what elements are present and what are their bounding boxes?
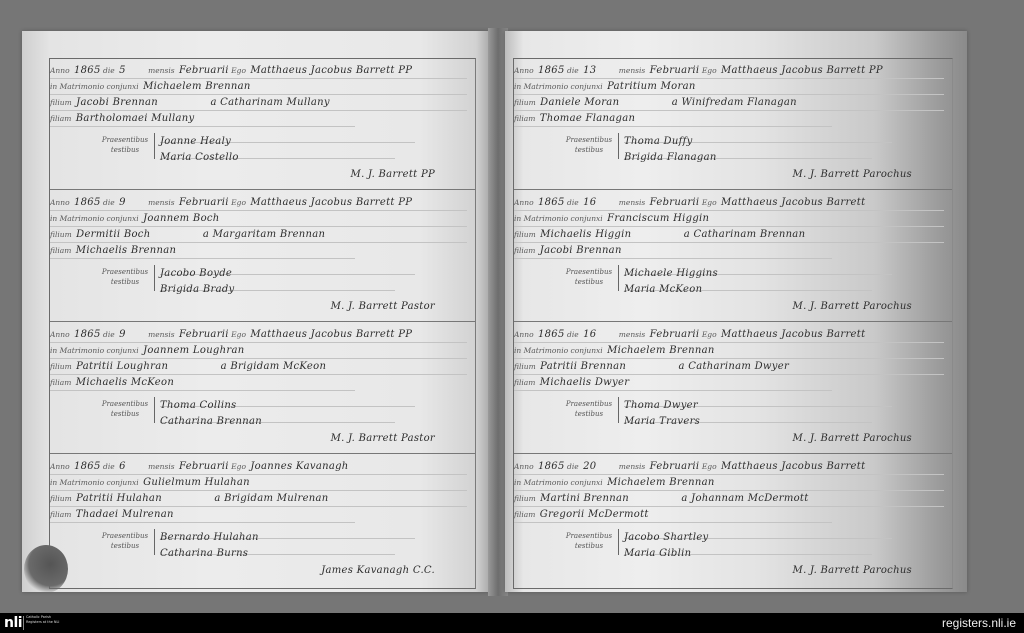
- witness-name: Maria Travers: [624, 416, 700, 427]
- label-ego: Ego: [702, 198, 717, 207]
- witness-name: Brigida Brady: [160, 284, 235, 295]
- label-die: die: [103, 66, 115, 75]
- signature-text: M. J. Barrett Parochus: [793, 301, 912, 312]
- label-filium: filium: [50, 98, 72, 107]
- entry-filium-line: filium Patritii Hulahan a Brigidam Mulre…: [50, 493, 467, 507]
- signature-text: M. J. Barrett Parochus: [793, 433, 912, 444]
- entry-groom: Patritium Moran: [607, 81, 696, 92]
- label-anno: Anno: [514, 198, 534, 207]
- witness-line: Jacobo Boyde: [160, 261, 415, 275]
- label-testibus: testibus: [90, 409, 160, 419]
- entry-bride-father: Jacobi Brennan: [540, 245, 622, 256]
- label-ego: Ego: [702, 462, 717, 471]
- label-ego: Ego: [231, 66, 246, 75]
- witness-label: Praesentibus testibus: [554, 267, 624, 287]
- entry-couple-line: in Matrimonio conjunxi Michaelem Brennan: [514, 345, 944, 359]
- witness-brace: [618, 397, 622, 423]
- register-page-right: Anno 1865 die 13 mensis Februarii Ego Ma…: [505, 31, 967, 592]
- thumb-shadow: [24, 545, 68, 593]
- entry-day: 16: [583, 197, 596, 208]
- label-mensis: mensis: [619, 198, 645, 207]
- entry-signature: M. J. Barrett Pastor: [331, 426, 435, 445]
- entry-groom: Franciscum Higgin: [607, 213, 709, 224]
- witness-line: Maria McKeon: [624, 277, 872, 291]
- entry-bride: a Catharinam Brennan: [684, 229, 806, 240]
- label-filiam: filiam: [50, 510, 71, 519]
- entry-day: 13: [583, 65, 596, 76]
- entry-header-line: Anno 1865 die 9 mensis Februarii Ego Mat…: [50, 329, 467, 343]
- witness-brace: [618, 529, 622, 555]
- entry-couple-line: in Matrimonio conjunxi Franciscum Higgin: [514, 213, 944, 227]
- page-frame: Anno 1865 die 5 mensis Februarii Ego Mat…: [49, 58, 476, 589]
- signature-text: M. J. Barrett Pastor: [331, 301, 435, 312]
- entry-priest: Matthaeus Jacobus Barrett PP: [250, 329, 412, 340]
- label-anno: Anno: [514, 462, 534, 471]
- entry-year: 1865: [74, 461, 101, 472]
- label-filiam: filiam: [50, 114, 71, 123]
- marriage-entry: Anno 1865 die 5 mensis Februarii Ego Mat…: [50, 59, 475, 190]
- entry-month: Februarii: [650, 329, 700, 340]
- label-praesentibus: Praesentibus: [554, 135, 624, 145]
- entry-groom-father: Michaelis Higgin: [540, 229, 631, 240]
- witness-name: Maria Costello: [160, 152, 239, 163]
- entry-bride-father: Gregorii McDermott: [540, 509, 649, 520]
- entry-filiam-line: filiam Michaelis Dwyer: [514, 377, 832, 391]
- label-mensis: mensis: [148, 66, 174, 75]
- nli-logo[interactable]: nli: [4, 615, 22, 631]
- entry-priest: Matthaeus Jacobus Barrett: [721, 461, 865, 472]
- label-testibus: testibus: [554, 277, 624, 287]
- entry-groom: Michaelem Brennan: [143, 81, 251, 92]
- entry-bride-father: Michaelis McKeon: [76, 377, 174, 388]
- label-praesentibus: Praesentibus: [554, 399, 624, 409]
- label-anno: Anno: [514, 330, 534, 339]
- witness-name: Catharina Brennan: [160, 416, 262, 427]
- label-anno: Anno: [50, 66, 70, 75]
- entry-year: 1865: [538, 461, 565, 472]
- witness-label: Praesentibus testibus: [554, 135, 624, 155]
- witness-name: Catharina Burns: [160, 548, 248, 559]
- label-praesentibus: Praesentibus: [90, 135, 160, 145]
- witness-line: Brigida Brady: [160, 277, 395, 291]
- entry-year: 1865: [74, 65, 101, 76]
- entry-filium-line: filium Patritii Brennan a Catharinam Dwy…: [514, 361, 944, 375]
- witness-brace: [154, 529, 158, 555]
- entry-couple-line: in Matrimonio conjunxi Michaelem Brennan: [514, 477, 944, 491]
- witness-brace: [618, 265, 622, 291]
- witness-brace: [618, 133, 622, 159]
- entry-month: Februarii: [179, 65, 229, 76]
- entry-groom-father: Patritii Loughran: [76, 361, 168, 372]
- label-filiam: filiam: [50, 378, 71, 387]
- image-viewer[interactable]: Anno 1865 die 5 mensis Februarii Ego Mat…: [0, 0, 1024, 613]
- entry-signature: M. J. Barrett Parochus: [793, 162, 912, 181]
- witness-label: Praesentibus testibus: [90, 135, 160, 155]
- entry-priest: Matthaeus Jacobus Barrett: [721, 197, 865, 208]
- label-filiam: filiam: [514, 510, 535, 519]
- signature-text: M. J. Barrett Parochus: [793, 169, 912, 180]
- entry-month: Februarii: [650, 197, 700, 208]
- label-filium: filium: [514, 230, 536, 239]
- label-die: die: [567, 330, 579, 339]
- label-die: die: [567, 462, 579, 471]
- signature-text: M. J. Barrett Pastor: [331, 433, 435, 444]
- entry-filium-line: filium Jacobi Brennan a Catharinam Mulla…: [50, 97, 467, 111]
- page-frame: Anno 1865 die 13 mensis Februarii Ego Ma…: [513, 58, 953, 589]
- label-ego: Ego: [702, 66, 717, 75]
- witness-name: Brigida Flanagan: [624, 152, 717, 163]
- label-in-matrimonio: in Matrimonio conjunxi: [50, 82, 139, 91]
- entry-filium-line: filium Daniele Moran a Winifredam Flanag…: [514, 97, 944, 111]
- label-testibus: testibus: [90, 145, 160, 155]
- label-die: die: [103, 462, 115, 471]
- marriage-entry: Anno 1865 die 16 mensis Februarii Ego Ma…: [514, 191, 952, 322]
- entry-year: 1865: [538, 329, 565, 340]
- label-die: die: [567, 66, 579, 75]
- marriage-entry: Anno 1865 die 20 mensis Februarii Ego Ma…: [514, 455, 952, 585]
- witness-brace: [154, 265, 158, 291]
- entry-filium-line: filium Dermitii Boch a Margaritam Brenna…: [50, 229, 467, 243]
- entry-day: 9: [119, 197, 126, 208]
- label-die: die: [103, 330, 115, 339]
- label-testibus: testibus: [554, 145, 624, 155]
- label-mensis: mensis: [148, 462, 174, 471]
- label-filium: filium: [50, 494, 72, 503]
- entry-priest: Matthaeus Jacobus Barrett PP: [250, 65, 412, 76]
- entry-couple-line: in Matrimonio conjunxi Patritium Moran: [514, 81, 944, 95]
- label-filium: filium: [514, 494, 536, 503]
- witness-label: Praesentibus testibus: [90, 267, 160, 287]
- entry-bride-father: Michaelis Brennan: [76, 245, 177, 256]
- entry-year: 1865: [538, 65, 565, 76]
- label-filiam: filiam: [50, 246, 71, 255]
- entry-priest: Matthaeus Jacobus Barrett PP: [250, 197, 412, 208]
- entry-groom: Michaelem Brennan: [607, 477, 715, 488]
- witness-line: Thoma Collins: [160, 393, 415, 407]
- label-ego: Ego: [231, 330, 246, 339]
- label-filiam: filiam: [514, 246, 535, 255]
- entry-header-line: Anno 1865 die 16 mensis Februarii Ego Ma…: [514, 197, 944, 211]
- witness-line: Thoma Duffy: [624, 129, 892, 143]
- entry-day: 20: [583, 461, 596, 472]
- entry-header-line: Anno 1865 die 20 mensis Februarii Ego Ma…: [514, 461, 944, 475]
- witness-line: Thoma Dwyer: [624, 393, 892, 407]
- entry-year: 1865: [74, 197, 101, 208]
- entry-bride-father: Thomae Flanagan: [540, 113, 635, 124]
- entry-groom: Gulielmum Hulahan: [143, 477, 250, 488]
- entry-groom-father: Martini Brennan: [540, 493, 629, 504]
- label-filium: filium: [514, 98, 536, 107]
- signature-text: M. J. Barrett PP: [351, 169, 435, 180]
- entry-day: 5: [119, 65, 126, 76]
- label-mensis: mensis: [148, 198, 174, 207]
- entry-priest: Matthaeus Jacobus Barrett: [721, 329, 865, 340]
- entry-header-line: Anno 1865 die 16 mensis Februarii Ego Ma…: [514, 329, 944, 343]
- label-testibus: testibus: [90, 277, 160, 287]
- entry-year: 1865: [74, 329, 101, 340]
- witness-line: Maria Travers: [624, 409, 872, 423]
- label-filium: filium: [514, 362, 536, 371]
- entry-bride: a Margaritam Brennan: [203, 229, 325, 240]
- entry-signature: M. J. Barrett Pastor: [331, 294, 435, 313]
- witness-label: Praesentibus testibus: [554, 399, 624, 419]
- label-in-matrimonio: in Matrimonio conjunxi: [514, 478, 603, 487]
- label-in-matrimonio: in Matrimonio conjunxi: [514, 346, 603, 355]
- entry-bride-father: Michaelis Dwyer: [540, 377, 630, 388]
- entry-month: Februarii: [179, 197, 229, 208]
- footer-bar: nli Catholic Parish Registers at the NLI…: [0, 613, 1024, 633]
- label-praesentibus: Praesentibus: [554, 267, 624, 277]
- entry-header-line: Anno 1865 die 9 mensis Februarii Ego Mat…: [50, 197, 467, 211]
- site-link[interactable]: registers.nli.ie: [942, 616, 1016, 630]
- entry-bride-father: Bartholomaei Mullany: [76, 113, 195, 124]
- label-praesentibus: Praesentibus: [90, 267, 160, 277]
- entry-bride: a Catharinam Dwyer: [679, 361, 790, 372]
- entry-month: Februarii: [179, 461, 229, 472]
- witness-line: Maria Costello: [160, 145, 395, 159]
- witness-line: Brigida Flanagan: [624, 145, 872, 159]
- witness-line: Michaele Higgins: [624, 261, 892, 275]
- label-testibus: testibus: [554, 409, 624, 419]
- entry-filiam-line: filiam Bartholomaei Mullany: [50, 113, 355, 127]
- entry-groom-father: Daniele Moran: [540, 97, 619, 108]
- entry-bride: a Johannam McDermott: [681, 493, 808, 504]
- witness-name: Maria McKeon: [624, 284, 702, 295]
- label-in-matrimonio: in Matrimonio conjunxi: [514, 82, 603, 91]
- entry-couple-line: in Matrimonio conjunxi Gulielmum Hulahan: [50, 477, 467, 491]
- witness-line: Joanne Healy: [160, 129, 415, 143]
- entry-filiam-line: filiam Gregorii McDermott: [514, 509, 832, 523]
- register-page-left: Anno 1865 die 5 mensis Februarii Ego Mat…: [22, 31, 490, 592]
- label-filium: filium: [50, 362, 72, 371]
- entry-bride: a Brigidam McKeon: [221, 361, 327, 372]
- logo-divider: [23, 616, 24, 630]
- label-praesentibus: Praesentibus: [90, 399, 160, 409]
- entry-filiam-line: filiam Thomae Flanagan: [514, 113, 832, 127]
- entry-day: 6: [119, 461, 126, 472]
- entry-bride: a Brigidam Mulrenan: [214, 493, 328, 504]
- label-anno: Anno: [514, 66, 534, 75]
- marriage-entry: Anno 1865 die 9 mensis Februarii Ego Mat…: [50, 191, 475, 322]
- entry-month: Februarii: [650, 65, 700, 76]
- label-filiam: filiam: [514, 378, 535, 387]
- entry-groom-father: Patritii Hulahan: [76, 493, 162, 504]
- label-in-matrimonio: in Matrimonio conjunxi: [514, 214, 603, 223]
- witness-label: Praesentibus testibus: [90, 399, 160, 419]
- label-mensis: mensis: [148, 330, 174, 339]
- entry-groom: Michaelem Brennan: [607, 345, 715, 356]
- witness-line: Maria Giblin: [624, 541, 872, 555]
- entry-filiam-line: filiam Michaelis McKeon: [50, 377, 355, 391]
- entry-priest: Joannes Kavanagh: [250, 461, 348, 472]
- label-filium: filium: [50, 230, 72, 239]
- label-die: die: [103, 198, 115, 207]
- entry-signature: M. J. Barrett Parochus: [793, 558, 912, 577]
- entry-header-line: Anno 1865 die 6 mensis Februarii Ego Joa…: [50, 461, 467, 475]
- entry-bride: a Winifredam Flanagan: [672, 97, 797, 108]
- entry-filium-line: filium Michaelis Higgin a Catharinam Bre…: [514, 229, 944, 243]
- label-testibus: testibus: [554, 541, 624, 551]
- label-anno: Anno: [50, 198, 70, 207]
- witness-brace: [154, 397, 158, 423]
- label-anno: Anno: [50, 330, 70, 339]
- label-ego: Ego: [231, 462, 246, 471]
- witness-line: Catharina Burns: [160, 541, 395, 555]
- label-ego: Ego: [231, 198, 246, 207]
- label-testibus: testibus: [90, 541, 160, 551]
- entry-signature: M. J. Barrett Parochus: [793, 294, 912, 313]
- logo-caption: Catholic Parish Registers at the NLI: [26, 615, 66, 624]
- entry-header-line: Anno 1865 die 13 mensis Februarii Ego Ma…: [514, 65, 944, 79]
- marriage-entry: Anno 1865 die 13 mensis Februarii Ego Ma…: [514, 59, 952, 190]
- entry-groom-father: Dermitii Boch: [76, 229, 150, 240]
- witness-line: Jacobo Shartley: [624, 525, 892, 539]
- label-anno: Anno: [50, 462, 70, 471]
- entry-groom: Joannem Loughran: [143, 345, 244, 356]
- witness-label: Praesentibus testibus: [554, 531, 624, 551]
- entry-month: Februarii: [650, 461, 700, 472]
- marriage-entry: Anno 1865 die 16 mensis Februarii Ego Ma…: [514, 323, 952, 454]
- label-mensis: mensis: [619, 66, 645, 75]
- entry-filiam-line: filiam Michaelis Brennan: [50, 245, 355, 259]
- entry-bride-father: Thadaei Mulrenan: [76, 509, 174, 520]
- entry-signature: M. J. Barrett PP: [351, 162, 435, 181]
- label-praesentibus: Praesentibus: [90, 531, 160, 541]
- witness-brace: [154, 133, 158, 159]
- entry-filium-line: filium Patritii Loughran a Brigidam McKe…: [50, 361, 467, 375]
- witness-name: Maria Giblin: [624, 548, 691, 559]
- entry-couple-line: in Matrimonio conjunxi Joannem Boch: [50, 213, 467, 227]
- entry-groom: Joannem Boch: [143, 213, 219, 224]
- signature-text: M. J. Barrett Parochus: [793, 565, 912, 576]
- entry-couple-line: in Matrimonio conjunxi Michaelem Brennan: [50, 81, 467, 95]
- witness-line: Catharina Brennan: [160, 409, 395, 423]
- marriage-entry: Anno 1865 die 6 mensis Februarii Ego Joa…: [50, 455, 475, 585]
- label-in-matrimonio: in Matrimonio conjunxi: [50, 346, 139, 355]
- label-praesentibus: Praesentibus: [554, 531, 624, 541]
- entry-signature: M. J. Barrett Parochus: [793, 426, 912, 445]
- entry-signature: James Kavanagh C.C.: [321, 558, 435, 577]
- witness-label: Praesentibus testibus: [90, 531, 160, 551]
- entry-priest: Matthaeus Jacobus Barrett PP: [721, 65, 883, 76]
- entry-couple-line: in Matrimonio conjunxi Joannem Loughran: [50, 345, 467, 359]
- signature-text: James Kavanagh C.C.: [321, 565, 435, 576]
- entry-filiam-line: filiam Jacobi Brennan: [514, 245, 832, 259]
- label-mensis: mensis: [619, 330, 645, 339]
- marriage-entry: Anno 1865 die 9 mensis Februarii Ego Mat…: [50, 323, 475, 454]
- entry-bride: a Catharinam Mullany: [210, 97, 329, 108]
- label-in-matrimonio: in Matrimonio conjunxi: [50, 214, 139, 223]
- entry-day: 16: [583, 329, 596, 340]
- entry-groom-father: Jacobi Brennan: [76, 97, 158, 108]
- entry-month: Februarii: [179, 329, 229, 340]
- witness-line: Bernardo Hulahan: [160, 525, 415, 539]
- entry-groom-father: Patritii Brennan: [540, 361, 626, 372]
- label-ego: Ego: [702, 330, 717, 339]
- label-mensis: mensis: [619, 462, 645, 471]
- entry-filiam-line: filiam Thadaei Mulrenan: [50, 509, 355, 523]
- entry-filium-line: filium Martini Brennan a Johannam McDerm…: [514, 493, 944, 507]
- label-die: die: [567, 198, 579, 207]
- label-in-matrimonio: in Matrimonio conjunxi: [50, 478, 139, 487]
- entry-day: 9: [119, 329, 126, 340]
- entry-year: 1865: [538, 197, 565, 208]
- entry-header-line: Anno 1865 die 5 mensis Februarii Ego Mat…: [50, 65, 467, 79]
- label-filiam: filiam: [514, 114, 535, 123]
